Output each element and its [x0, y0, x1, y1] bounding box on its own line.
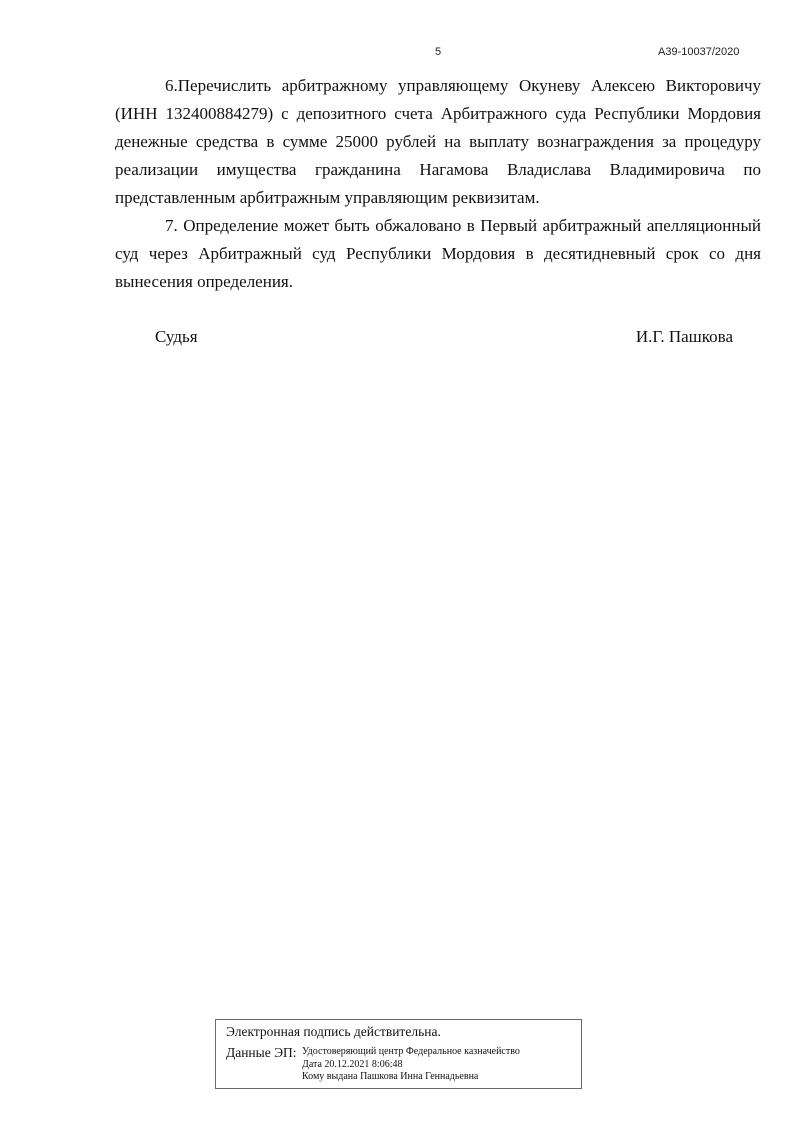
esign-issuer: Удостоверяющий центр Федеральное казначе…: [302, 1046, 520, 1059]
paragraph-item-6: 6.Перечислить арбитражному управляющему …: [115, 72, 761, 212]
signature-role: Судья: [155, 326, 198, 348]
esign-holder: Кому выдана Пашкова Инна Геннадьевна: [302, 1071, 520, 1084]
esign-status: Электронная подпись действительна.: [226, 1023, 441, 1041]
signature-name: И.Г. Пашкова: [636, 326, 733, 348]
page-header: 5 А39-10037/2020: [0, 46, 800, 64]
esign-details: Удостоверяющий центр Федеральное казначе…: [302, 1046, 520, 1084]
document-body: 6.Перечислить арбитражному управляющему …: [115, 72, 761, 296]
case-number: А39-10037/2020: [658, 46, 739, 58]
paragraph-item-7: 7. Определение может быть обжаловано в П…: [115, 212, 761, 296]
page-number: 5: [435, 46, 441, 58]
esign-date: Дата 20.12.2021 8:06:48: [302, 1059, 520, 1072]
electronic-signature-stamp: Электронная подпись действительна. Данны…: [215, 1019, 582, 1089]
esign-data-label: Данные ЭП:: [226, 1044, 297, 1062]
